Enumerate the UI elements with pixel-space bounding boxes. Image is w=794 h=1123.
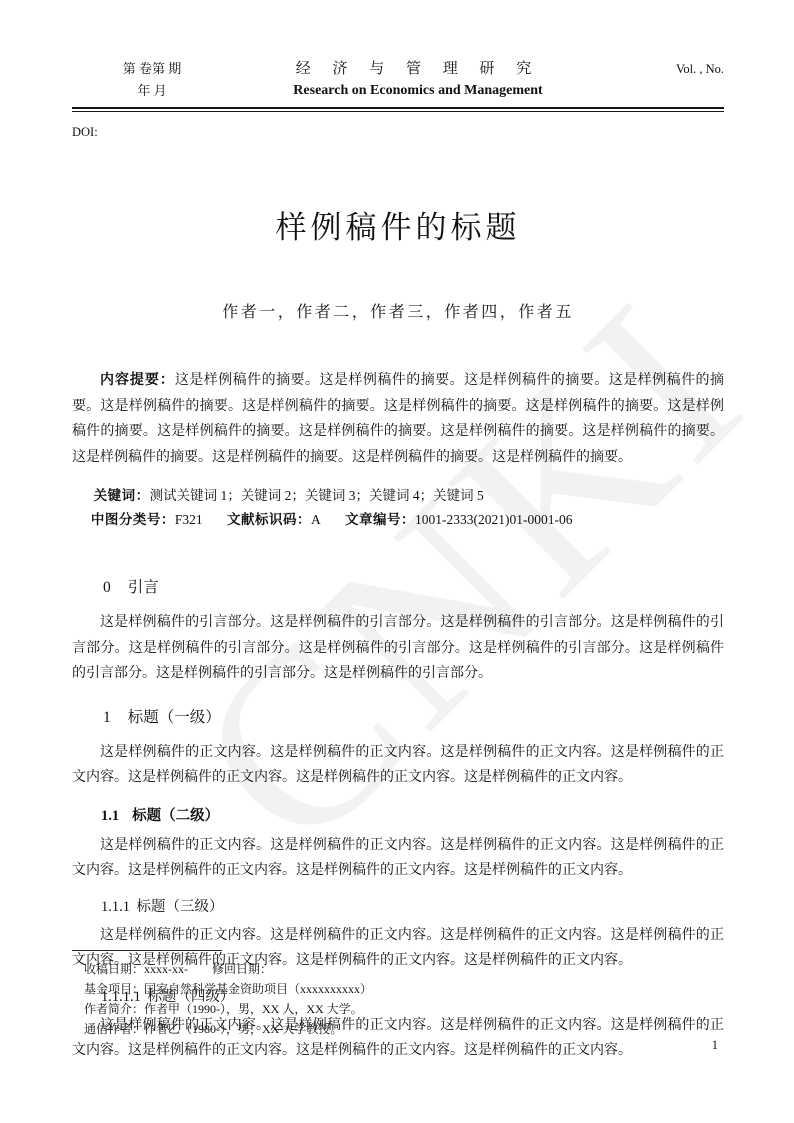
journal-vol-no: Vol. , No.: [604, 58, 724, 80]
body-paragraph: 这是样例稿件的正文内容。这是样例稿件的正文内容。这是样例稿件的正文内容。这是样例…: [72, 740, 724, 791]
classification-line: 中图分类号：F321文献标识码：A文章编号：1001-2333(2021)01-…: [72, 508, 724, 531]
abstract-paragraph: 内容提要：这是样例稿件的摘要。这是样例稿件的摘要。这是样例稿件的摘要。这是样例稿…: [72, 368, 724, 470]
section-number: 0: [103, 579, 111, 596]
clc-value: F321: [175, 512, 203, 527]
page-content: 第 卷第 期 年 月 经 济 与 管 理 研 究 Research on Eco…: [72, 58, 724, 1069]
section-number: 1.1.1: [101, 899, 130, 915]
section-title: 标题（三级）: [137, 899, 224, 915]
footnote-block: 收稿日期：xxxx-xx- 修回日期： 基金项目：国家自然科学基金资助项目（xx…: [72, 950, 724, 1039]
section-number: 1: [103, 709, 111, 726]
section-heading-level1: 1标题（一级）: [72, 705, 724, 727]
footnote-author-bio: 作者简介：作者甲（1990-），男，XX 人，XX 大学。: [72, 999, 724, 1019]
footnote-fund-project: 基金项目：国家自然科学基金资助项目（xxxxxxxxxx）: [72, 979, 724, 999]
journal-issue-block: 第 卷第 期 年 月: [72, 58, 232, 102]
section-title: 标题（一级）: [128, 709, 221, 726]
intro-paragraph: 这是样例稿件的引言部分。这是样例稿件的引言部分。这是样例稿件的引言部分。这是样例…: [72, 610, 724, 687]
body-paragraph: 这是样例稿件的正文内容。这是样例稿件的正文内容。这是样例稿件的正文内容。这是样例…: [72, 833, 724, 884]
section-heading-level3: 1.1.1标题（三级）: [72, 895, 724, 916]
article-title: 样例稿件的标题: [72, 202, 724, 247]
doc-code-value: A: [311, 512, 321, 527]
abstract-label: 内容提要：: [100, 373, 175, 388]
journal-title-en: Research on Economics and Management: [232, 80, 604, 102]
article-no-value: 1001-2333(2021)01-0001-06: [415, 512, 572, 527]
header-double-rule: [72, 107, 724, 112]
journal-date: 年 月: [72, 80, 232, 102]
doi-label: DOI:: [72, 125, 724, 140]
footnote-rule: [72, 950, 222, 951]
page-number: 1: [712, 1038, 718, 1053]
manuscript-page: CNKI 第 卷第 期 年 月 经 济 与 管 理 研 究 Research o…: [0, 0, 794, 1123]
journal-title-block: 经 济 与 管 理 研 究 Research on Economics and …: [232, 58, 604, 102]
keywords-line: 关键词：测试关键词 1；关键词 2；关键词 3；关键词 4；关键词 5: [72, 484, 724, 507]
keywords-text: 测试关键词 1；关键词 2；关键词 3；关键词 4；关键词 5: [150, 488, 484, 503]
section-number: 1.1: [101, 808, 119, 824]
section-heading-level2: 1.1标题（二级）: [72, 804, 724, 825]
article-authors: 作者一，作者二，作者三，作者四，作者五: [72, 299, 724, 322]
keywords-label: 关键词：: [94, 488, 150, 503]
footnote-corresponding-author: 通信作者：作者乙（1980-），男，XX 大学教授。: [72, 1019, 724, 1039]
journal-title-cn: 经 济 与 管 理 研 究: [232, 58, 604, 80]
section-title: 引言: [128, 579, 159, 596]
section-heading-intro: 0引言: [72, 575, 724, 597]
footnote-received-date: 收稿日期：xxxx-xx- 修回日期：: [72, 959, 724, 979]
doc-code-label: 文献标识码：: [227, 512, 311, 527]
journal-volume-issue: 第 卷第 期: [72, 58, 232, 80]
journal-header: 第 卷第 期 年 月 经 济 与 管 理 研 究 Research on Eco…: [72, 58, 724, 102]
clc-label: 中图分类号：: [91, 512, 175, 527]
section-title: 标题（二级）: [132, 808, 219, 824]
article-no-label: 文章编号：: [345, 512, 415, 527]
